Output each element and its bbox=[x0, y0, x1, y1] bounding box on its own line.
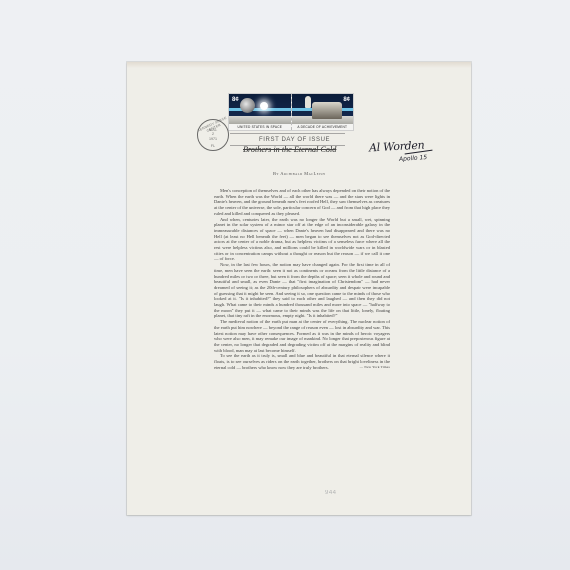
paragraph: And when, centuries later, the earth was… bbox=[214, 217, 390, 263]
astronaut-image bbox=[305, 96, 311, 108]
paragraph: Now, in the last few hours, the notion m… bbox=[214, 262, 390, 319]
postmark-date: AUG. 2 1971 bbox=[198, 128, 228, 141]
document-title: Brothers in the Eternal Cold bbox=[243, 145, 336, 154]
paragraph: Men's conception of themselves and of ea… bbox=[214, 188, 390, 217]
first-day-of-issue-label: FIRST DAY OF ISSUE bbox=[259, 137, 330, 143]
postmark: KENNEDY SPACE CENTER AUG. 2 1971 FL bbox=[197, 119, 229, 151]
stamp-caption: A DECADE OF ACHIEVEMENT bbox=[292, 125, 354, 129]
pencil-inventory-number: 944 bbox=[325, 490, 337, 496]
first-day-cover-sheet: 8¢ UNITED STATES IN SPACE 8¢ A DECADE OF… bbox=[127, 62, 471, 515]
paragraph: The medieval notion of the earth put man… bbox=[214, 319, 390, 353]
byline: By Archibald MacLeish bbox=[127, 171, 471, 176]
stamp-lunar-rover: 8¢ A DECADE OF ACHIEVEMENT bbox=[292, 94, 354, 130]
earth-image bbox=[240, 98, 255, 113]
stamp-pair: 8¢ UNITED STATES IN SPACE 8¢ A DECADE OF… bbox=[228, 93, 354, 131]
lunar-rover-image bbox=[312, 102, 342, 119]
sun-image bbox=[260, 102, 268, 110]
stamp-denomination: 8¢ bbox=[343, 97, 350, 103]
stamp-earth-sun: 8¢ UNITED STATES IN SPACE bbox=[229, 94, 292, 130]
stamp-caption: UNITED STATES IN SPACE bbox=[229, 125, 291, 129]
stamp-denomination: 8¢ bbox=[232, 97, 239, 103]
essay-body: Men's conception of themselves and of ea… bbox=[214, 188, 390, 371]
postmark-state: FL bbox=[198, 144, 228, 148]
autograph-inscription: Apollo 15 bbox=[399, 154, 428, 163]
